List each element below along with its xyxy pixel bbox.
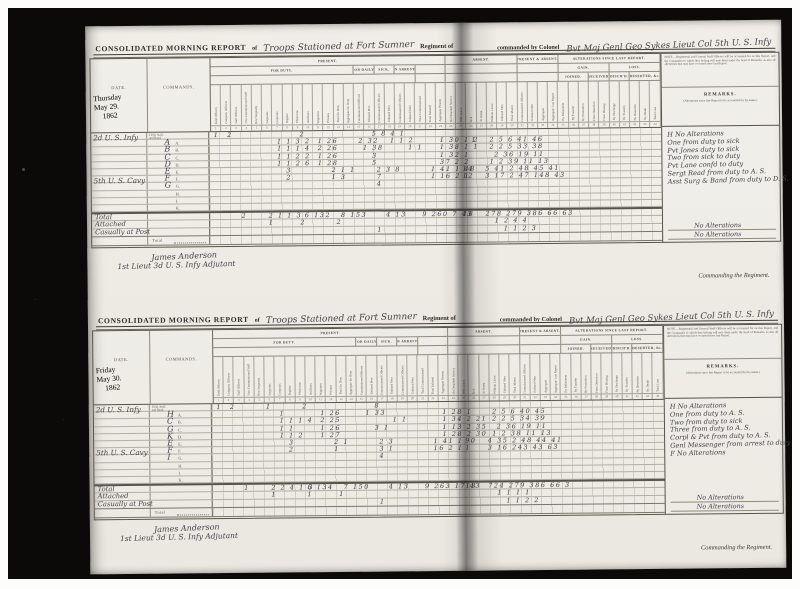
column-header: By Desertion: [632, 353, 643, 393]
column-number: 40: [612, 394, 622, 399]
handwritten-number: 1 1 2 2: [506, 496, 540, 504]
date-cell: [91, 147, 147, 154]
column-group-header: [517, 64, 558, 73]
column-group-header: JOINED.: [561, 344, 592, 353]
handwritten-number: 2: [289, 446, 295, 454]
column-group-header: SICK.: [377, 337, 398, 346]
company-letter: D.: [178, 434, 182, 439]
commanding-footer: Commanding the Regiment.: [701, 544, 772, 552]
column-header: From Desertion: [589, 81, 600, 121]
column-header: Company Officers: [221, 85, 232, 125]
company-letter: C.: [178, 427, 182, 432]
handwritten-unit: 5th U. S. Cavy: [96, 448, 148, 457]
remarks-subtitle: (Alterations since last Report to be acc…: [664, 370, 781, 375]
column-header: Aggregate for Duty: [346, 355, 357, 395]
commands-cell: A.H: [150, 411, 212, 418]
column-header: By Discharge: [612, 353, 623, 393]
column-header: Non-Commissioned Staff: [241, 84, 252, 124]
column-number: 35: [561, 395, 571, 400]
column-number: 41: [622, 394, 632, 399]
column-header: Enlisted Men: [497, 82, 508, 122]
column-number: 11: [316, 397, 326, 402]
column-header: Total Enlisted: [428, 355, 439, 395]
report-title-regiment: Regiment of: [423, 315, 456, 322]
column-header: By Transfer: [619, 81, 630, 121]
company-letter: K.: [179, 477, 183, 482]
column-header: First Sergeants: [252, 84, 263, 124]
handwritten-number: 4 13: [386, 210, 407, 218]
column-number: 12: [326, 397, 336, 402]
column-number: 33: [538, 123, 548, 128]
column-group-header: [415, 65, 446, 74]
date-cell: Casually at Post: [92, 229, 148, 236]
date-cell: 5th U. S. Cavy: [92, 176, 148, 183]
column-header: By Enlistment: [561, 353, 572, 393]
date-cell: [91, 169, 147, 176]
date-cell: [92, 197, 148, 204]
date-cell: [91, 154, 147, 161]
date-cell: Casually at Post: [95, 501, 151, 508]
column-header: By Promotion: [579, 81, 590, 121]
handwritten-unit: 5th U. S. Cavy: [94, 176, 146, 185]
column-header: Field Officers: [213, 357, 224, 397]
form-note: NOTE.—Regimental and General Staff Offic…: [661, 53, 778, 88]
table-rows: 2d U. S. InfyField, Staff,and Band.12128…: [94, 400, 665, 519]
morning-report-bottom: CONSOLIDATED MORNING REPORT of Troops St…: [88, 304, 787, 579]
signature-block: James Anderson 1st Lieut 3d U. S. Infy A…: [117, 251, 235, 270]
report-title-of: of: [255, 318, 260, 324]
handwritten-number: 1: [244, 484, 250, 492]
handwritten-number: 1 1 2 3: [504, 224, 538, 232]
dotted-leader: [174, 242, 206, 243]
commands-cell: [148, 228, 210, 235]
column-header: Commissioned Officers: [517, 82, 528, 122]
handwritten-company-letter: G: [165, 181, 171, 190]
remarks-column: NOTE.—Regimental and General Staff Offic…: [663, 325, 783, 514]
commands-cell: [151, 500, 213, 507]
column-header: Enlisted Men: [499, 354, 510, 394]
date-cell: 2d U. S. Infy: [94, 405, 150, 412]
company-letter: H.: [178, 463, 182, 468]
column-group-header: PRESENT & ABSENT.: [517, 55, 558, 64]
handwritten-number: 1: [465, 444, 471, 452]
column-header: Total Commissioned: [415, 83, 426, 123]
commands-cell: F.F: [150, 447, 212, 454]
column-number: 5: [255, 398, 265, 403]
remarks-spacer: [670, 455, 778, 493]
commands-cell: B.C: [150, 419, 212, 426]
handwritten-number: 4 13: [389, 482, 410, 490]
handwritten-number: 4: [377, 180, 383, 188]
column-number: 27: [477, 124, 487, 129]
column-number: 36: [569, 123, 579, 128]
date-cell: [94, 477, 150, 484]
column-header: Sick: [466, 82, 477, 122]
column-header: By Transfer: [571, 353, 582, 393]
column-number: 26: [469, 396, 479, 401]
column-group-header: [415, 74, 446, 83]
column-number: 39: [602, 394, 612, 399]
column-number: 7: [272, 126, 282, 131]
grid-column-headers: PRESENT.ABSENT.PRESENT & ABSENT.ALTERATI…: [213, 326, 664, 403]
column-header: On Detached Service: [446, 82, 457, 122]
handwritten-casually-label: Casually at Post: [98, 500, 153, 509]
column-header: Aggregate Present: [435, 83, 446, 123]
column-header: With Leave: [459, 354, 470, 394]
company-letter: G.: [178, 456, 182, 461]
rotated-column-labels: Field OfficersCompany OfficersStaff Offi…: [213, 352, 663, 397]
commands-cell: D.D: [147, 161, 209, 168]
column-number: 25: [459, 396, 469, 401]
column-header: Aggregate Last Report: [551, 353, 562, 393]
scanned-page-stage: CONSOLIDATED MORNING REPORT of Troops St…: [0, 0, 800, 589]
column-group-header: RECEIVED.: [592, 344, 613, 353]
handwritten-company-letter: I: [167, 453, 170, 462]
column-number: 35: [559, 123, 569, 128]
company-letter: B.: [178, 420, 182, 425]
column-number: 41: [620, 122, 630, 127]
commands-cell: H.: [148, 190, 210, 197]
column-header: Enlisted Men: [527, 82, 538, 122]
column-header: Total Enlisted: [425, 83, 436, 123]
rotated-column-labels: Field OfficersCompany OfficersStaff Offi…: [211, 81, 661, 126]
commands-cell: Field, Staff,and Band.: [147, 132, 209, 139]
column-number: 34: [548, 123, 558, 128]
commands-cell: K.: [150, 476, 212, 483]
report-title-of: of: [252, 46, 257, 52]
column-number: 12: [323, 125, 333, 130]
column-header: From Missing: [599, 81, 610, 121]
column-number: 6: [262, 126, 272, 131]
scan-speck: [22, 168, 25, 171]
column-header: Commissioned Officers: [374, 83, 385, 123]
column-number: 15: [354, 125, 364, 130]
column-header: Total Absent: [507, 82, 518, 122]
column-group-header: [520, 336, 561, 345]
column-header: Non-Commissioned Staff: [244, 356, 255, 396]
column-number: 13: [336, 397, 346, 402]
column-header: Wagoners: [315, 356, 326, 396]
report-table: DATE. Thursday May 29. 1862 COMMANDS. PR…: [89, 52, 781, 249]
date-cell: [91, 162, 147, 169]
column-header: Total for Duty: [336, 356, 347, 396]
date-cell: 2d U. S. Infy: [91, 133, 147, 140]
column-header: Commissioned Officers: [354, 83, 365, 123]
commands-cell: [148, 220, 210, 227]
handwritten-number: 6 132: [305, 211, 331, 219]
table-left-section: DATE. Thursday May 29. 1862 COMMANDS. PR…: [90, 54, 662, 247]
handwritten-number: 1: [339, 490, 345, 498]
morning-report-top: CONSOLIDATED MORNING REPORT of Troops St…: [85, 32, 784, 307]
column-number: 8: [285, 397, 295, 402]
column-number: 13: [334, 125, 344, 130]
column-number: 43: [643, 394, 653, 399]
remarks-title: REMARKS.: [664, 363, 781, 369]
company-letter: G.: [176, 184, 180, 189]
column-number: 25: [456, 124, 466, 129]
column-header: Commissioned Officers: [356, 355, 367, 395]
column-number: 4: [244, 398, 254, 403]
column-number: 32: [530, 395, 540, 400]
column-header: Commissioned Officers: [520, 354, 531, 394]
commands-cell: K.: [148, 204, 210, 211]
column-header: Total Loss: [653, 352, 664, 392]
column-group-header: EXTRA OR DAILY DUTY.: [356, 337, 377, 346]
column-header: Commissioned Officers: [395, 83, 406, 123]
column-header: Aggregate Last Report: [548, 81, 559, 121]
commanding-footer: Commanding the Regiment.: [698, 272, 769, 280]
column-header: Corporals: [275, 356, 286, 396]
remarks-spacer: [668, 183, 776, 221]
column-number: 44: [653, 394, 663, 399]
column-header: On Detached Service: [448, 354, 459, 394]
remarks-header: REMARKS. (Alterations since last Report …: [664, 359, 781, 399]
column-header: Artificers: [305, 356, 316, 396]
column-number: 20: [408, 396, 418, 401]
column-number: 39: [599, 122, 609, 127]
signature-rank: 1st Lieut 3d U. S. Infy Adjutant: [117, 259, 235, 271]
column-header: First Sergeants: [254, 356, 265, 396]
handwritten-number: 8 153: [341, 211, 367, 219]
column-group-header: PRESENT & ABSENT.: [520, 327, 561, 336]
commands-cell: C.G: [150, 426, 212, 433]
column-header: By Transfer: [568, 81, 579, 121]
column-header: Aggregate: [540, 354, 551, 394]
handwritten-number: 1 3: [332, 173, 347, 181]
column-header: Privates: [323, 84, 334, 124]
commands-column-header: COMMANDS.: [147, 58, 211, 132]
signature-block: James Anderson 1st Lieut 3d U. S. Infy A…: [120, 523, 238, 542]
column-number: 34: [551, 395, 561, 400]
remarks-title: REMARKS.: [662, 91, 779, 97]
column-number: 18: [387, 396, 397, 401]
commands-cell: I.: [150, 469, 212, 476]
column-group-header: [520, 345, 561, 354]
column-number: 19: [398, 396, 408, 401]
handwritten-number: 2: [242, 212, 248, 220]
column-number: 38: [592, 394, 602, 399]
handwritten-number: 1 1 2 6: [277, 159, 311, 167]
column-header: Staff Officers: [234, 357, 245, 397]
company-letter: F.: [178, 449, 181, 454]
date-cell: 5th U. S. Cavy: [94, 448, 150, 455]
column-header: Enlisted Men: [387, 355, 398, 395]
column-number: 43: [640, 122, 650, 127]
date-header-label: DATE.: [93, 357, 149, 363]
column-number: 30: [510, 395, 520, 400]
date-column-header: DATE. Thursday May 29. 1862: [90, 59, 148, 133]
column-number: 42: [630, 122, 640, 127]
column-header: Total Absent: [510, 354, 521, 394]
column-number: 4: [242, 126, 252, 131]
commands-cell: D.K: [150, 433, 212, 440]
column-number: 29: [497, 123, 507, 128]
printed-total-label: Total: [152, 238, 163, 243]
column-header: Privates: [326, 356, 337, 396]
handwritten-number: 1: [271, 491, 277, 499]
remarks-column: NOTE.—Regimental and General Staff Offic…: [660, 53, 780, 242]
column-header: Total for Duty: [333, 84, 344, 124]
commands-cell: G.G: [148, 183, 210, 190]
column-number: 29: [500, 395, 510, 400]
date-cell: [94, 434, 150, 441]
company-letter: D.: [175, 162, 179, 167]
company-letter: F.: [176, 177, 179, 182]
handwritten-number: 1: [307, 490, 313, 498]
column-number: 21: [418, 396, 428, 401]
company-letter: E.: [178, 441, 182, 446]
column-header: Without Leave: [489, 354, 500, 394]
column-header: By Death: [642, 353, 653, 393]
handwritten-number: 1: [214, 131, 220, 139]
handwritten-number: 1: [266, 403, 272, 411]
column-number: 37: [579, 123, 589, 128]
handwritten-unit: 2d U. S. Infy: [96, 405, 141, 414]
column-number: 23: [436, 124, 446, 129]
handwritten-number: 1: [269, 219, 275, 227]
column-group-header: JOINED.: [558, 72, 589, 81]
commands-cell: C.C: [147, 154, 209, 161]
handwritten-number: 18: [463, 210, 474, 218]
company-letter: C.: [175, 155, 179, 160]
commands-cell: B.B: [147, 147, 209, 154]
remarks-body: H No AlterationsOne from duty to sickPvt…: [662, 126, 780, 242]
handwritten-number: 1: [216, 403, 222, 411]
date-cell: [92, 236, 148, 245]
column-header: Without Leave: [487, 82, 498, 122]
column-number: 24: [449, 396, 459, 401]
column-number: 23: [438, 396, 448, 401]
column-header: Total Commissioned: [418, 355, 429, 395]
handwritten-number: 2: [286, 174, 292, 182]
column-header: Aggregate: [538, 82, 549, 122]
handwritten-number: 2: [227, 131, 233, 139]
column-header: With Leave: [456, 82, 467, 122]
column-header: In Arrest: [476, 82, 487, 122]
column-header: Field Officers: [211, 85, 222, 125]
handwritten-number: 18: [466, 482, 477, 490]
handwritten-number: 16 2 1: [434, 444, 464, 452]
commands-cell: [151, 492, 213, 499]
column-header: Wagoners: [313, 84, 324, 124]
column-number: 7: [275, 398, 285, 403]
column-header: By Enlistment: [558, 81, 569, 121]
table-left-section: DATE. Friday May 30. 1862 COMMANDS. PRES…: [93, 326, 665, 519]
remark-line-ruled: No Alterations: [671, 502, 779, 512]
date-cell: [95, 508, 151, 517]
commands-cell: [148, 213, 210, 220]
column-header: Commissioned Officers: [377, 355, 388, 395]
remarks-body: H No AlterationsOne from duty to A. S.Tw…: [665, 398, 783, 514]
column-number: 42: [633, 394, 643, 399]
column-header: By Transfer: [622, 353, 633, 393]
column-header: Artificers: [303, 84, 314, 124]
column-number: 14: [344, 125, 354, 130]
commands-column-header: COMMANDS.: [150, 330, 214, 404]
column-number: 27: [479, 396, 489, 401]
handwritten-unit: 2d U. S. Infy: [93, 133, 138, 142]
date-cell: [94, 419, 150, 426]
table-rows: 2d U. S. InfyField, Staff,and Band.1225 …: [91, 128, 662, 247]
company-letter: A.: [178, 413, 182, 418]
company-letter: B.: [175, 148, 179, 153]
handwritten-number: 2: [300, 218, 306, 226]
handwritten-number: 2: [337, 218, 343, 226]
column-header: Enlisted Men: [384, 83, 395, 123]
column-header: From Missing: [602, 353, 613, 393]
handwritten-number: 7 150: [344, 483, 370, 491]
column-number: 32: [528, 123, 538, 128]
column-number: 30: [507, 123, 517, 128]
commands-cell: E.E: [147, 168, 209, 175]
column-header: Musicians: [292, 84, 303, 124]
column-number: 22: [428, 396, 438, 401]
column-header: Aggregate for Duty: [344, 83, 355, 123]
column-header: By Death: [640, 81, 651, 121]
column-number: 44: [650, 122, 660, 127]
grid-column-headers: PRESENT.ABSENT.PRESENT & ABSENT.ALTERATI…: [210, 54, 661, 131]
column-number: 5: [252, 126, 262, 131]
column-header: Company Officers: [224, 357, 235, 397]
column-number: 38: [589, 122, 599, 127]
column-number: 21: [415, 124, 425, 129]
table-header: DATE. Friday May 30. 1862 COMMANDS. PRES…: [93, 326, 664, 405]
column-header: By Discharge: [609, 81, 620, 121]
column-number: 26: [467, 124, 477, 129]
column-header: Enlisted Men: [530, 354, 541, 394]
commands-cell: F.F: [148, 175, 210, 182]
company-letter: I.: [178, 470, 181, 475]
column-header: Enlisted Men: [407, 355, 418, 395]
handwritten-date: Thursday May 29. 1862: [93, 92, 123, 121]
column-header: Sick: [469, 354, 480, 394]
date-header-label: DATE.: [91, 85, 147, 91]
date-cell: [92, 190, 148, 197]
printed-total-label: Total: [155, 510, 166, 515]
column-group-header: EXTRA OR DAILY DUTY.: [354, 66, 375, 75]
column-group-header: IN ARREST.: [397, 337, 418, 346]
commands-header-label: COMMANDS.: [150, 356, 212, 362]
column-number: 37: [582, 395, 592, 400]
date-cell: [94, 462, 150, 469]
handwritten-number: 1 1: [393, 416, 408, 424]
commands-cell: Total: [148, 236, 210, 245]
column-group-header: DESERTED, &c.: [630, 72, 661, 81]
form-note: NOTE.—Regimental and General Staff Offic…: [664, 325, 781, 360]
column-header: Buglers: [282, 84, 293, 124]
column-header: Total Loss: [650, 81, 661, 121]
commands-cell: Field, Staff,and Band.: [150, 404, 212, 411]
field-staff-band-label: Field, Staff,and Band.: [149, 133, 163, 140]
column-number: 11: [313, 125, 323, 130]
column-group-header: [418, 346, 449, 355]
report-table: DATE. Friday May 30. 1862 COMMANDS. PRES…: [92, 324, 784, 521]
handwritten-number: 1: [334, 445, 340, 453]
column-header: Corporals: [272, 84, 283, 124]
report-title-regiment: Regiment of: [420, 43, 453, 50]
column-header: In Arrest: [479, 354, 490, 394]
column-number: 40: [610, 122, 620, 127]
handwritten-number: 2: [230, 403, 236, 411]
column-number: 14: [347, 397, 357, 402]
handwritten-number: 3 1: [375, 423, 390, 431]
company-letter: I.: [176, 198, 179, 203]
column-header: Enlisted Men: [405, 83, 416, 123]
handwritten-date: Friday May 30. 1862: [95, 364, 122, 393]
remarks-subtitle: (Alterations since last Report to be acc…: [662, 98, 779, 103]
date-cell: [92, 205, 148, 212]
commands-cell: G.I: [150, 455, 212, 462]
